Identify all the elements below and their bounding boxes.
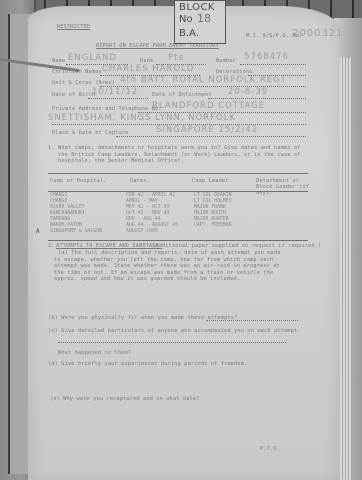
table-top-rule xyxy=(48,173,308,174)
rank-value: Pte xyxy=(168,53,185,63)
section2-heading: ATTEMPTS TO ESCAPE AND SABOTAGE. xyxy=(56,243,162,249)
dob-line xyxy=(88,98,148,99)
document-page: RESTRICTED M.I. 9/S/P.G. No. 2000321 REP… xyxy=(28,6,340,480)
column-header-camp-leader: Camp Leader. xyxy=(192,178,232,184)
section2-question-d: (d) Give briefly your experiences during… xyxy=(48,361,247,367)
capture-line xyxy=(116,136,306,137)
capture-value: SINGAPORE 15/2/42 xyxy=(156,125,258,135)
column-header-block-leader: Detachment or Block Leader (if any). xyxy=(256,178,312,196)
name-value: ENGLAND xyxy=(68,53,117,63)
number-line xyxy=(240,64,306,65)
question-b-line xyxy=(206,320,298,321)
cell-camp: SINGAPORE & SAIGON xyxy=(50,228,102,235)
number-value: 5768476 xyxy=(244,52,289,62)
enlistment-label: Date of Enlistment xyxy=(152,92,212,98)
classification-label: RESTRICTED xyxy=(57,24,90,30)
section2-note: (Additional paper supplied on request if… xyxy=(152,243,321,249)
cell-dates: AUGUST 1945 xyxy=(126,228,158,235)
section2-question-a: (a) The full description and reports, da… xyxy=(54,250,290,283)
section2-question-c-followup: What happened to them? xyxy=(58,350,131,356)
christian-names-value: CHARLES HAROLD xyxy=(102,64,194,74)
address-value-line2: SNETTISHAM, KINGS LYNN, NORFOLK xyxy=(48,113,236,123)
stamp-number: 18 xyxy=(197,12,211,25)
section1-number: 1. xyxy=(48,145,55,151)
enlistment-value: 20-6-39 xyxy=(228,87,268,97)
stamp-line2: No xyxy=(179,14,193,25)
stamp-line3: B.A. xyxy=(179,28,199,39)
column-header-camp: Camp or Hospital. xyxy=(50,178,107,184)
question-c-line xyxy=(58,342,286,343)
name-label: Name xyxy=(52,58,65,64)
address-value-line1: BLANDFORD COTTAGE xyxy=(152,101,265,111)
block-stamp: BLOCK No 18 B.A. xyxy=(174,0,226,44)
table-bottom-rule xyxy=(48,240,308,241)
cell-leader: CAPT. FREEMAN xyxy=(194,222,232,229)
section2-number: 2. xyxy=(48,243,55,249)
margin-mark: A xyxy=(36,228,40,235)
dob-value: 10/11/12 xyxy=(92,87,138,97)
section2-question-e: (e) Why were you recaptured and on what … xyxy=(50,396,200,402)
unit-value: 4th BATT. ROYAL NORFOLK REGT xyxy=(120,75,287,85)
enlistment-line xyxy=(208,98,306,99)
number-label: Number xyxy=(216,58,236,64)
section1-instructions: What camps, detachments or hospitals wer… xyxy=(58,145,306,165)
table-header-rule xyxy=(48,191,308,192)
page-stack-edges xyxy=(340,58,352,480)
page-turn-note: P.T.O. xyxy=(260,446,280,452)
column-header-dates: Dates. xyxy=(130,178,150,184)
reference-number: 2000321 xyxy=(292,28,344,39)
section2-question-c: (c) Give detailed particulars of anyone … xyxy=(48,328,301,334)
